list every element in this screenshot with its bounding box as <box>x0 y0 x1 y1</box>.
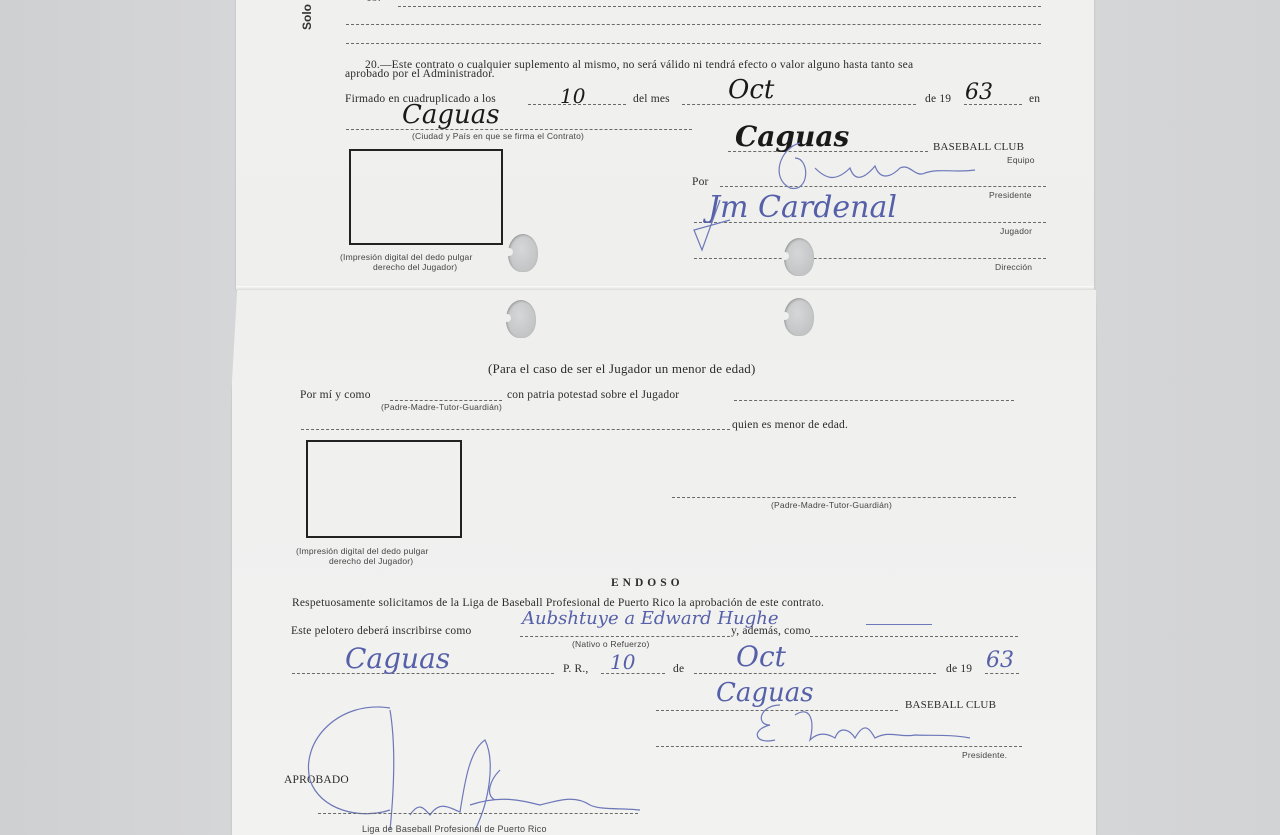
punch-hole <box>508 234 538 272</box>
guardian-role-caption: (Padre-Madre-Tutor-Guardián) <box>381 402 502 412</box>
punch-hole <box>784 238 814 276</box>
signed-year-value: 63 <box>965 80 993 105</box>
punch-hole <box>506 300 536 338</box>
endorse-president-line <box>656 746 1022 747</box>
guardian-role-line <box>390 400 502 401</box>
approval-caption: Liga de Baseball Profesional de Puerto R… <box>362 824 547 834</box>
signed-city-caption: (Ciudad y País en que se firma el Contra… <box>412 131 584 141</box>
endorse-president-signature <box>740 700 1000 750</box>
minor-player-line <box>734 400 1014 401</box>
signed-suffix: en <box>1029 93 1040 105</box>
signed-day-value: 10 <box>560 84 585 108</box>
signed-year-label: de 19 <box>925 93 951 105</box>
thumbprint-caption-line1: (Impresión digital del dedo pulgar <box>340 252 473 262</box>
minor-line1-prefix: Por mí y como <box>300 389 371 401</box>
thumbprint-minor-caption-line2: derecho del Jugador) <box>329 556 413 566</box>
endorse-day-value: 10 <box>610 650 635 674</box>
por-label: Por <box>692 176 709 188</box>
register-additional-line <box>810 636 1018 637</box>
register-caption: (Nativo o Refuerzo) <box>572 639 650 649</box>
clause-19-line-3 <box>346 43 1041 44</box>
minor-section-heading: (Para el caso de ser el Jugador un menor… <box>488 361 756 377</box>
team-caption: Equipo <box>1007 155 1035 165</box>
thumbprint-box-minor <box>306 440 462 538</box>
punch-hole <box>784 298 814 336</box>
approval-line <box>318 813 638 814</box>
endorse-month-line <box>694 673 936 674</box>
minor-line2-suffix: quien es menor de edad. <box>732 419 848 431</box>
endorse-year-label: de 19 <box>946 663 972 675</box>
thumbprint-box-player <box>349 149 503 245</box>
signed-city-line <box>346 129 692 130</box>
player-signature-flourish <box>690 195 750 255</box>
guardian-signature-caption: (Padre-Madre-Tutor-Guardián) <box>771 500 892 510</box>
register-line <box>520 636 730 637</box>
address-caption: Dirección <box>995 262 1032 272</box>
paper-fold <box>236 286 1094 290</box>
player-caption: Jugador <box>1000 226 1032 236</box>
approval-signature <box>300 700 650 835</box>
clause-20-line-2: aprobado por el Administrador. <box>345 68 495 80</box>
endorse-month-value: Oct <box>736 640 786 673</box>
signed-month-label: del mes <box>633 93 670 105</box>
register-additional-mark <box>866 624 932 625</box>
thumbprint-minor-caption-line1: (Impresión digital del dedo pulgar <box>296 546 429 556</box>
signed-month-value: Oct <box>728 75 774 105</box>
minor-player-line-2 <box>301 429 730 430</box>
register-prefix: Este pelotero deberá inscribirse como <box>291 625 471 637</box>
margin-label: Solo <box>300 4 314 30</box>
president-signature <box>740 138 990 198</box>
endorse-year-line <box>985 673 1019 674</box>
signed-city-value: Caguas <box>402 100 500 130</box>
signed-month-line <box>682 104 916 105</box>
endorsement-heading: ENDOSO <box>611 577 684 589</box>
thumbprint-caption-line2: derecho del Jugador) <box>373 262 457 272</box>
place-value: Caguas <box>345 642 450 675</box>
clause-19-line-2 <box>346 24 1041 25</box>
address-line <box>694 258 1046 259</box>
register-middle: y, además, como <box>731 625 811 637</box>
endorse-president-caption: Presidente. <box>962 750 1007 760</box>
endorse-year-value: 63 <box>986 648 1014 673</box>
clause-19-line-1 <box>398 6 1041 7</box>
endorse-de-label: de <box>673 663 684 675</box>
minor-line1-middle: con patria potestad sobre el Jugador <box>507 389 679 401</box>
clause-19-number: 19.— <box>366 0 393 4</box>
guardian-signature-line <box>672 497 1016 498</box>
pr-label: P. R., <box>563 663 589 675</box>
president-caption: Presidente <box>989 190 1032 200</box>
